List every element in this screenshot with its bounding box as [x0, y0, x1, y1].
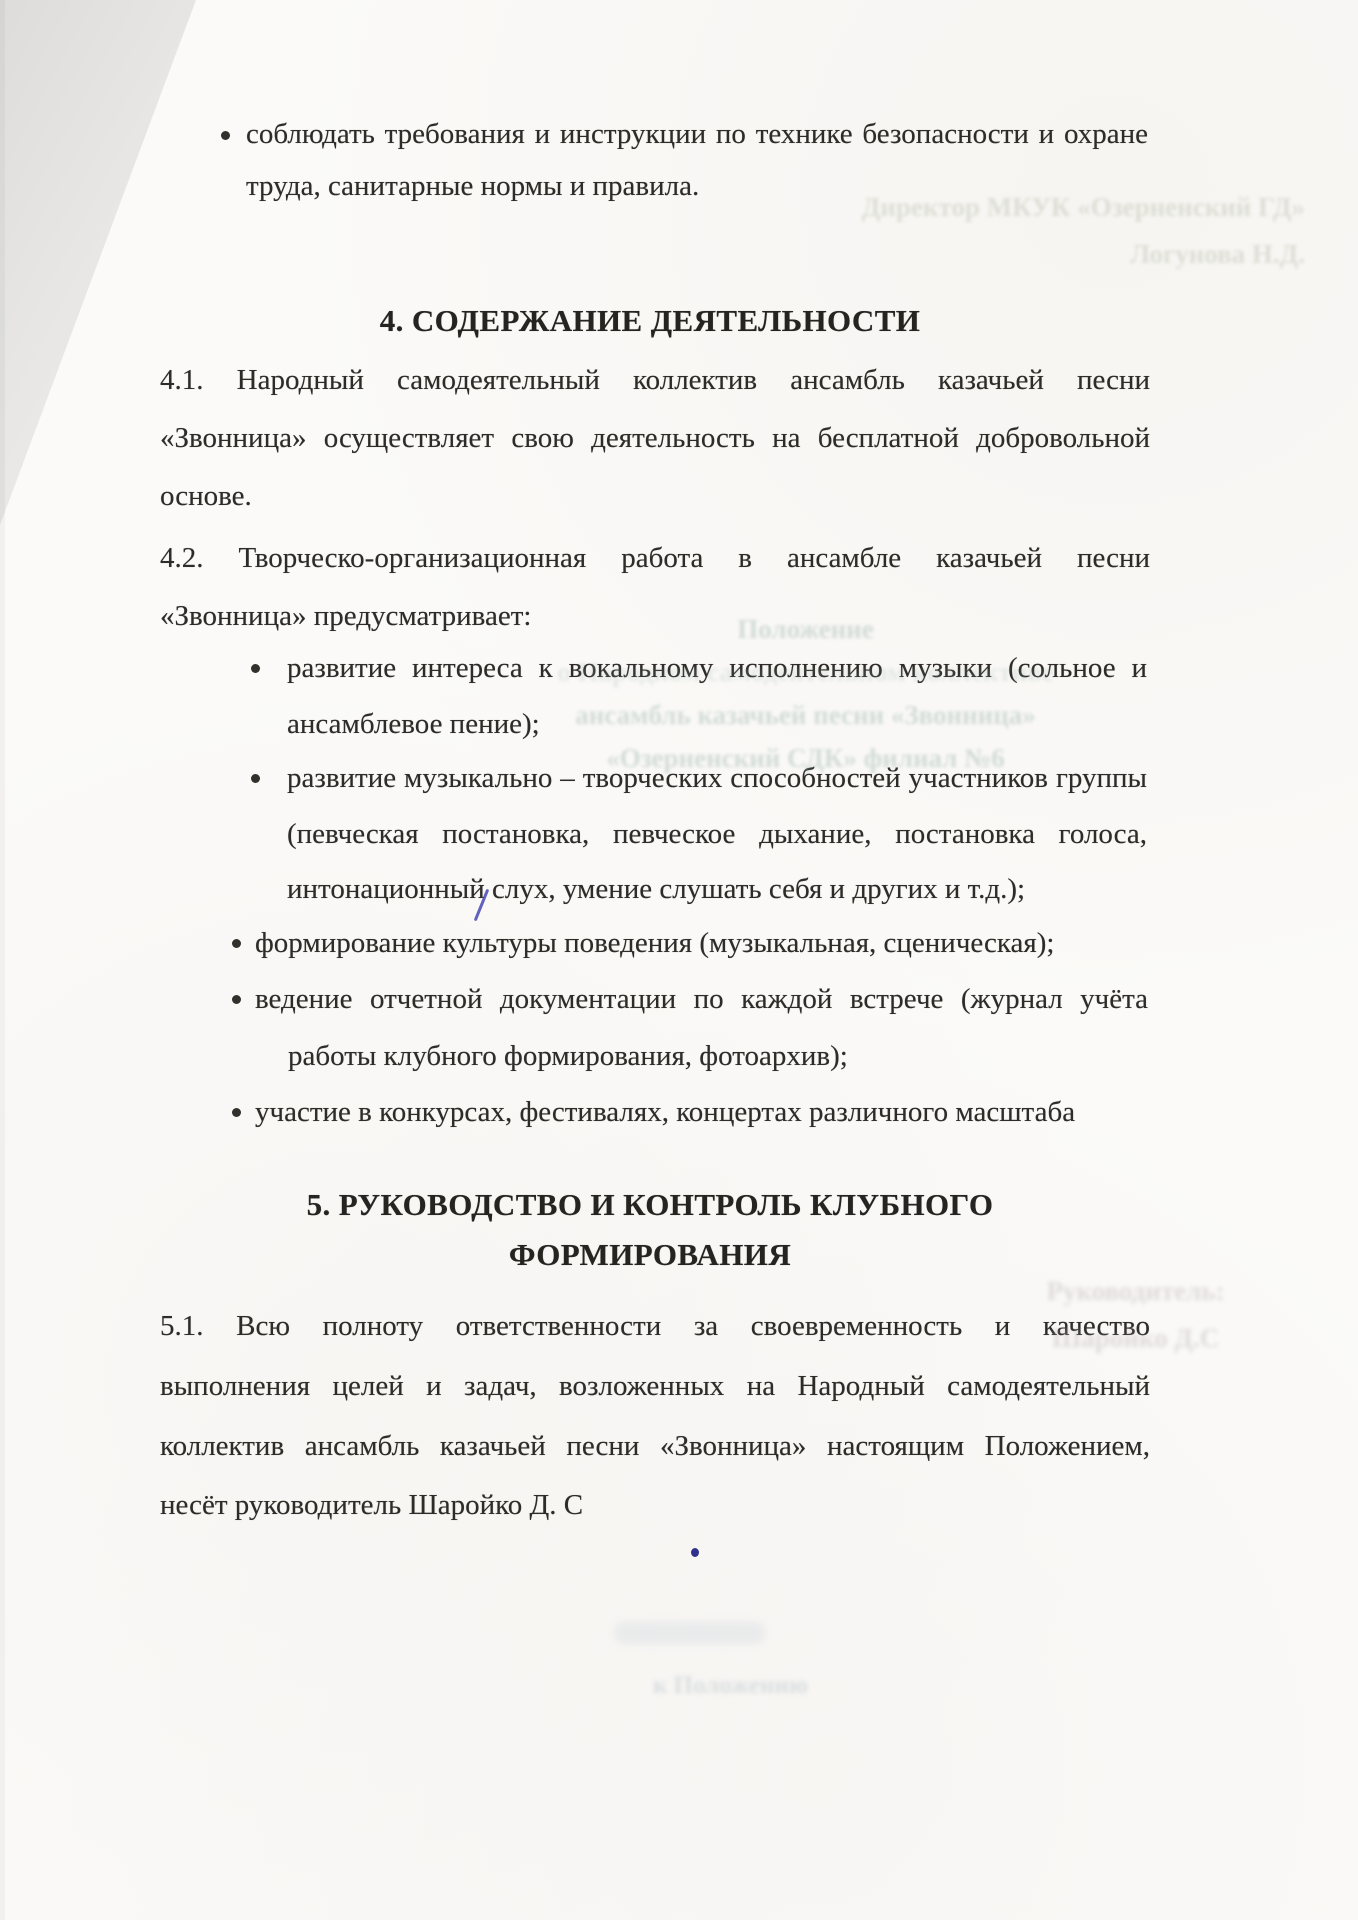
bullet-icon: [232, 995, 241, 1004]
paragraph-5-1-line: 5.1. Всю полноту ответственности за свое…: [160, 1308, 1150, 1345]
bleedthrough-line: Логунова Н.Д.: [690, 231, 1305, 278]
paragraph-5-1-line: несёт руководитель Шаройко Д. С: [160, 1487, 583, 1524]
bullet-icon: [232, 939, 241, 948]
paragraph-5-1-line: выполнения целей и задач, возложенных на…: [160, 1368, 1150, 1405]
bleedthrough-line: к Положению: [598, 1666, 863, 1706]
list-item-line: работы клубного формирования, фотоархив)…: [288, 1038, 848, 1075]
section4-heading: 4. СОДЕРЖАНИЕ ДЕЯТЕЛЬНОСТИ: [150, 302, 1150, 340]
bullet-icon: [232, 1108, 241, 1117]
pen-mark-dot: [691, 1548, 699, 1557]
paragraph-4-1-line: основе.: [160, 478, 252, 515]
paragraph-4-2-line: 4.2. Творческо-организационная работа в …: [160, 540, 1150, 577]
scanned-document-page: соблюдать требования и инструкции по тех…: [0, 0, 1358, 1920]
paragraph-4-2-line: «Звонница» предусматривает:: [160, 598, 531, 635]
bullet-icon: [221, 131, 230, 140]
bullet-icon: [251, 664, 260, 673]
paragraph-4-1-line: 4.1. Народный самодеятельный коллектив а…: [160, 362, 1150, 399]
intro-bullet-line: труда, санитарные нормы и правила.: [246, 168, 699, 205]
bleedthrough-smudge: [615, 1622, 765, 1644]
scan-left-edge-shadow: [0, 0, 5, 1920]
list-item-line: развитие музыкально – творческих способн…: [287, 760, 1147, 797]
section5-heading-line: 5. РУКОВОДСТВО И КОНТРОЛЬ КЛУБНОГО: [150, 1186, 1150, 1224]
bleedthrough-line: Директор МКУК «Озерненский ГД»: [690, 184, 1305, 231]
bleedthrough-text-center: Положение о Народном самодеятельном колл…: [553, 608, 1058, 780]
paragraph-4-1-line: «Звонница» осуществляет свою деятельност…: [160, 420, 1150, 457]
bleedthrough-text-bottom: к Положению: [598, 1666, 863, 1706]
list-item-line: развитие интереса к вокальному исполнени…: [287, 650, 1147, 687]
bullet-icon: [251, 774, 260, 783]
list-item-line: формирование культуры поведения (музыкал…: [255, 925, 1054, 962]
bleedthrough-text-top-right: Директор МКУК «Озерненский ГД» Логунова …: [690, 184, 1305, 278]
bleedthrough-line: Положение: [553, 608, 1058, 651]
list-item-line: ведение отчетной документации по каждой …: [255, 981, 1148, 1018]
list-item-line: интонационный слух, умение слушать себя …: [287, 871, 1025, 908]
list-item-line: (певческая постановка, певческое дыхание…: [287, 816, 1147, 853]
bleedthrough-line: ансамбль казачьей песни «Звонница»: [553, 694, 1058, 737]
paragraph-5-1-line: коллектив ансамбль казачьей песни «Звонн…: [160, 1428, 1150, 1465]
section5-heading-line: ФОРМИРОВАНИЯ: [150, 1236, 1150, 1274]
list-item-line: участие в конкурсах, фестивалях, концерт…: [255, 1094, 1075, 1131]
list-item-line: ансамблевое пение);: [287, 706, 540, 743]
intro-bullet-line: соблюдать требования и инструкции по тех…: [246, 116, 1148, 153]
